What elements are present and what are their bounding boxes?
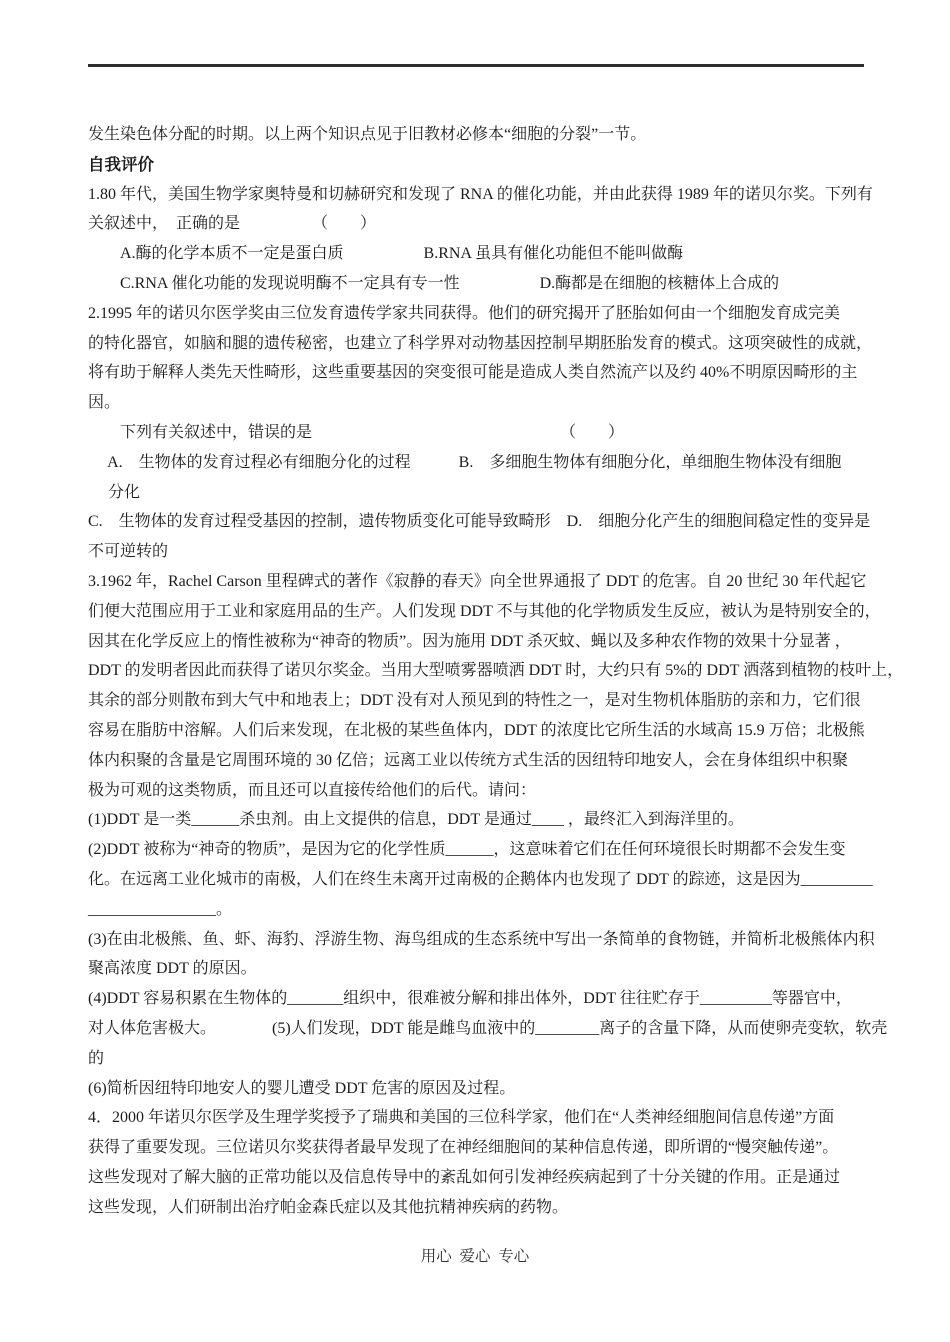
q3-sub1-line: (1)DDT 是一类______杀虫剂。由上文提供的信息，DDT 是通过____… xyxy=(88,805,888,835)
q3-stem-line-7: 体内积聚的含量是它周围环境的 30 亿倍；远离工业以传统方式生活的因纽特印地安人… xyxy=(88,746,888,776)
q3-sub4-sub5-line: 对人体危害极大。 (5)人们发现，DDT 能是雌鸟血液中的________离子的… xyxy=(88,1014,888,1044)
q3-stem-line-4: DDT 的发明者因此而获得了诺贝尔奖金。当用大型喷雾器喷洒 DDT 时，大约只有… xyxy=(88,656,888,686)
q3-stem-line-3: 因其在化学反应上的惰性被称为“神奇的物质”。因为施用 DDT 杀灭蚊、蝇以及多种… xyxy=(88,627,888,657)
q3-stem-line-8: 极为可观的这类物质，而且还可以直接传给他们的后代。请问： xyxy=(88,776,888,806)
q1-options-ab: A.酶的化学本质不一定是蛋白质 B.RNA 虽具有催化功能但不能叫做酶 xyxy=(88,239,888,269)
q4-stem-line-4: 这些发现，人们研制出治疗帕金森氏症以及其他抗精神疾病的药物。 xyxy=(88,1193,888,1223)
q3-sub5-cont-line: 的 xyxy=(88,1044,888,1074)
q1-answer-line: 关叙述中， 正确的是 （ ） xyxy=(88,209,888,239)
q2-option-b-cont: 分化 xyxy=(88,478,888,508)
q2-option-d-cont: 不可逆转的 xyxy=(88,537,888,567)
q4-stem-line-3: 这些发现对了解大脑的正常功能以及信息传导中的紊乱如何引发神经疾病起到了十分关键的… xyxy=(88,1163,888,1193)
q3-sub3-line-1: (3)在由北极熊、鱼、虾、海豹、浮游生物、海鸟组成的生态系统中写出一条简单的食物… xyxy=(88,925,888,955)
q1-stem-line-1: 1.80 年代，美国生物学家奥特曼和切赫研究和发现了 RNA 的催化功能，并由此… xyxy=(88,180,888,210)
worksheet-page: 发生染色体分配的时期。以上两个知识点见于旧教材必修本“细胞的分裂”一节。 自我评… xyxy=(0,0,950,1342)
q3-stem-line-5: 其余的部分则散布到大气中和地表上；DDT 没有对人预见到的特性之一，是对生物机体… xyxy=(88,686,888,716)
q3-sub2-line-2: 化。在远离工业化城市的南极，人们在终生未离开过南极的企鹅体内也发现了 DDT 的… xyxy=(88,865,888,895)
page-header-rule xyxy=(88,64,864,67)
q3-stem-line-2: 们便大范围应用于工业和家庭用品的生产。人们发现 DDT 不与其他的化学物质发生反… xyxy=(88,597,888,627)
q2-stem-line-1: 2.1995 年的诺贝尔医学奖由三位发育遗传学家共同获得。他们的研究揭开了胚胎如… xyxy=(88,299,888,329)
q3-sub4-line: (4)DDT 容易积累在生物体的_______组织中，很难被分解和排出体外，DD… xyxy=(88,984,888,1014)
q2-stem-line-4: 因。 xyxy=(88,388,888,418)
q2-options-ab: A. 生物体的发育过程必有细胞分化的过程 B. 多细胞生物体有细胞分化，单细胞生… xyxy=(88,448,888,478)
q3-stem-line-6: 容易在脂肪中溶解。人们后来发现，在北极的某些鱼体内，DDT 的浓度比它所生活的水… xyxy=(88,716,888,746)
q3-sub2-line-1: (2)DDT 被称为“神奇的物质”，是因为它的化学性质______，这意味着它们… xyxy=(88,835,888,865)
document-body: 发生染色体分配的时期。以上两个知识点见于旧教材必修本“细胞的分裂”一节。 自我评… xyxy=(88,120,888,1222)
q4-stem-line-1: 4．2000 年诺贝尔医学及生理学奖授予了瑞典和美国的三位科学家，他们在“人类神… xyxy=(88,1103,888,1133)
q2-answer-line: 下列有关叙述中，错误的是 （ ） xyxy=(88,418,888,448)
q2-stem-line-3: 将有助于解释人类先天性畸形，这些重要基因的突变很可能是造成人类自然流产以及约 4… xyxy=(88,358,888,388)
closing-paragraph-line: 发生染色体分配的时期。以上两个知识点见于旧教材必修本“细胞的分裂”一节。 xyxy=(88,120,888,150)
q4-stem-line-2: 获得了重要发现。三位诺贝尔奖获得者最早发现了在神经细胞间的某种信息传递，即所谓的… xyxy=(88,1133,888,1163)
page-footer-text: 用心 爱心 专心 xyxy=(0,1244,950,1266)
q3-sub3-line-2: 聚高浓度 DDT 的原因。 xyxy=(88,954,888,984)
q2-stem-line-2: 的特化器官，如脑和腿的遗传秘密，也建立了科学界对动物基因控制早期胚胎发育的模式。… xyxy=(88,329,888,359)
q1-options-cd: C.RNA 催化功能的发现说明酶不一定具有专一性 D.酶都是在细胞的核糖体上合成… xyxy=(88,269,888,299)
section-heading: 自我评价 xyxy=(88,150,888,180)
q3-sub6-line: (6)简析因纽特印地安人的婴儿遭受 DDT 危害的原因及过程。 xyxy=(88,1074,888,1104)
q3-stem-line-1: 3.1962 年，Rachel Carson 里程碑式的著作《寂静的春天》向全世… xyxy=(88,567,888,597)
q3-sub2-line-3: ________________。 xyxy=(88,895,888,925)
q2-options-cd: C. 生物体的发育过程受基因的控制，遗传物质变化可能导致畸形 D. 细胞分化产生… xyxy=(88,507,888,537)
